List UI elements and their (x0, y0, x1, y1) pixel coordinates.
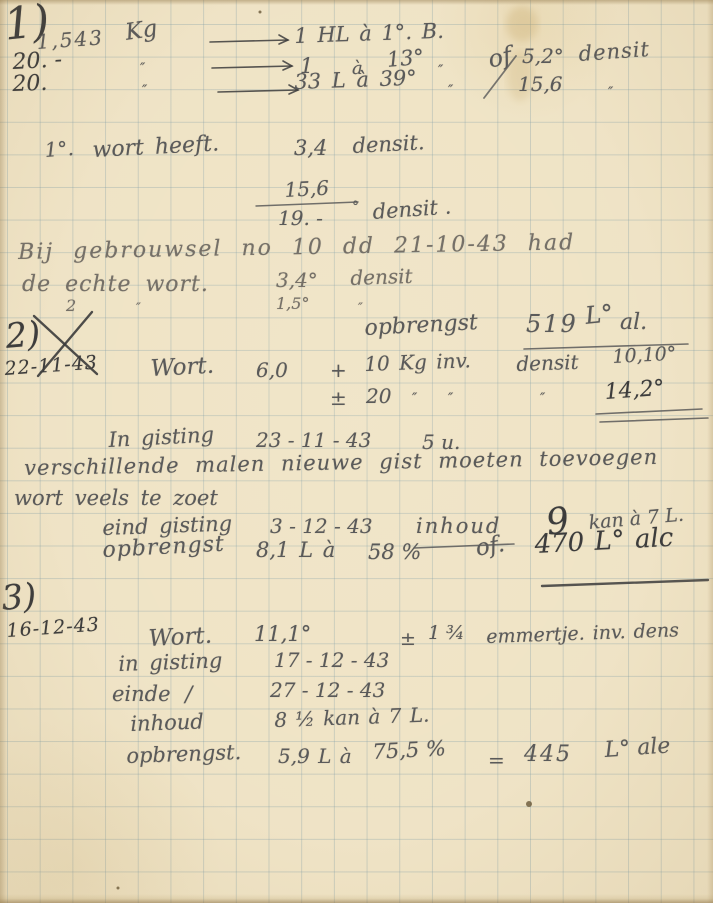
handwritten-line: + (330, 360, 347, 380)
handwritten-line: opbrengst (102, 534, 225, 562)
underline-stroke (600, 418, 708, 422)
handwritten-line: Bij gebrouwsel no 10 dd 21-10-43 had (18, 232, 575, 264)
handwritten-line: Wort. (150, 355, 215, 381)
handwritten-line: of. (474, 533, 506, 561)
handwritten-line: ± (400, 630, 416, 649)
paper-speck (117, 887, 120, 890)
paper-speck (526, 801, 532, 807)
handwritten-line: densit (516, 352, 579, 374)
handwritten-line: 519 (526, 312, 578, 336)
handwritten-line: L° (584, 301, 614, 328)
handwritten-line: 8 ½ kan à 7 L. (274, 705, 430, 730)
handwritten-line: Kg (124, 18, 159, 45)
handwritten-line: densit. (352, 132, 425, 157)
handwritten-line: L° ale (604, 735, 671, 762)
page-edge-bottom (0, 894, 713, 903)
handwritten-line: Wort. (148, 625, 213, 651)
handwritten-line: densit (578, 39, 651, 65)
handwritten-line: opbrengst (364, 312, 478, 340)
handwritten-line: 11,1° (254, 624, 311, 645)
handwritten-line: ° (352, 200, 359, 214)
handwritten-line: of (486, 43, 514, 71)
handwritten-line: In gisting (108, 424, 215, 450)
handwritten-line: 17 - 12 - 43 (274, 650, 389, 670)
handwritten-line: ″ (136, 302, 141, 315)
handwritten-line: einde / (112, 684, 192, 705)
handwritten-line: ± (330, 388, 347, 408)
handwritten-line: 75,5 % (372, 738, 446, 763)
handwritten-line: 27 - 12 - 43 (270, 680, 385, 700)
handwritten-line: verschillende malen nieuwe gist moeten t… (24, 447, 658, 479)
handwritten-line: ″ (358, 302, 363, 315)
page-edge-right (707, 0, 713, 903)
handwritten-line: 16-12-43 (6, 615, 100, 640)
page-edge-top (0, 0, 713, 5)
handwritten-line: ″ (412, 392, 417, 406)
paper-speck (259, 11, 262, 14)
arrow-head-icon (283, 61, 292, 70)
handwritten-line: 5,9 L à (278, 746, 352, 766)
handwritten-line: 15,6 (284, 178, 330, 200)
handwritten-line: 1 ¾ (428, 624, 465, 643)
handwritten-line: 3) (0, 579, 38, 616)
handwritten-line: 8,1 L à (256, 540, 335, 561)
handwritten-line: 10 Kg inv. (364, 350, 471, 374)
handwritten-line: wort heeft. (92, 133, 220, 162)
arrow-stroke (210, 40, 288, 42)
arrow-stroke (218, 90, 298, 92)
handwritten-line: opbrengst. (126, 742, 242, 767)
arrow-head-icon (279, 35, 288, 44)
arrow-stroke (212, 66, 292, 68)
handwritten-line: wort veels te zoet (14, 488, 218, 509)
handwritten-line: 1,5° (276, 296, 309, 312)
handwritten-line: ″ (608, 86, 613, 100)
handwritten-line: 6,0 (256, 360, 288, 380)
handwritten-line: 23 - 11 - 43 (256, 430, 371, 450)
handwritten-line: 3,4° (276, 270, 318, 290)
handwritten-line: 3 - 12 - 43 (270, 516, 373, 536)
handwritten-line: densit (350, 266, 413, 288)
handwritten-line: 445 (524, 744, 572, 766)
handwritten-line: 19. - (278, 208, 323, 228)
handwritten-line: 22-11-43 (4, 353, 98, 378)
handwritten-line: 3,4 (294, 138, 327, 159)
handwritten-line: densit . (372, 197, 452, 223)
paper-stain (506, 6, 538, 42)
handwritten-line: = (488, 750, 505, 770)
handwritten-line: ″ (438, 64, 443, 78)
handwritten-line: ″ (142, 84, 147, 98)
handwritten-line: emmertje. inv. dens (486, 621, 679, 647)
handwritten-line: 470 L° alc (534, 525, 674, 558)
handwritten-line: in gisting (118, 650, 223, 675)
handwritten-line: 1°. (44, 138, 74, 160)
handwritten-line: 2 (66, 298, 76, 314)
handwritten-line: inhoud (130, 711, 204, 735)
handwritten-line: 20 (366, 386, 391, 406)
handwritten-line: 15,6 (518, 74, 563, 94)
handwritten-line: ″ (540, 392, 545, 406)
handwritten-line: 20. (12, 73, 48, 96)
handwritten-line: 1 HL à 1°. B. (294, 21, 444, 47)
handwritten-line: 5,2° (522, 46, 564, 66)
handwritten-line: 58 % (368, 542, 421, 563)
handwritten-line: al. (620, 312, 647, 334)
handwritten-line: ″ (140, 62, 145, 76)
handwritten-line: 33 L à 39° (294, 68, 417, 93)
underline-stroke (542, 580, 708, 586)
handwritten-line: ″ (448, 392, 453, 406)
underline-stroke (596, 409, 702, 414)
notebook-page: 1)1,543Kg1 HL à 1°. B.20. -″1à13°″of5,2°… (0, 0, 713, 903)
handwritten-line: 10,10° (612, 345, 677, 367)
handwritten-line: 2) (4, 317, 42, 354)
handwritten-line: 14,2° (604, 378, 665, 404)
handwritten-line: ″ (448, 84, 453, 98)
handwritten-line: de echte wort. (22, 274, 209, 296)
page-edge-left (0, 0, 7, 903)
